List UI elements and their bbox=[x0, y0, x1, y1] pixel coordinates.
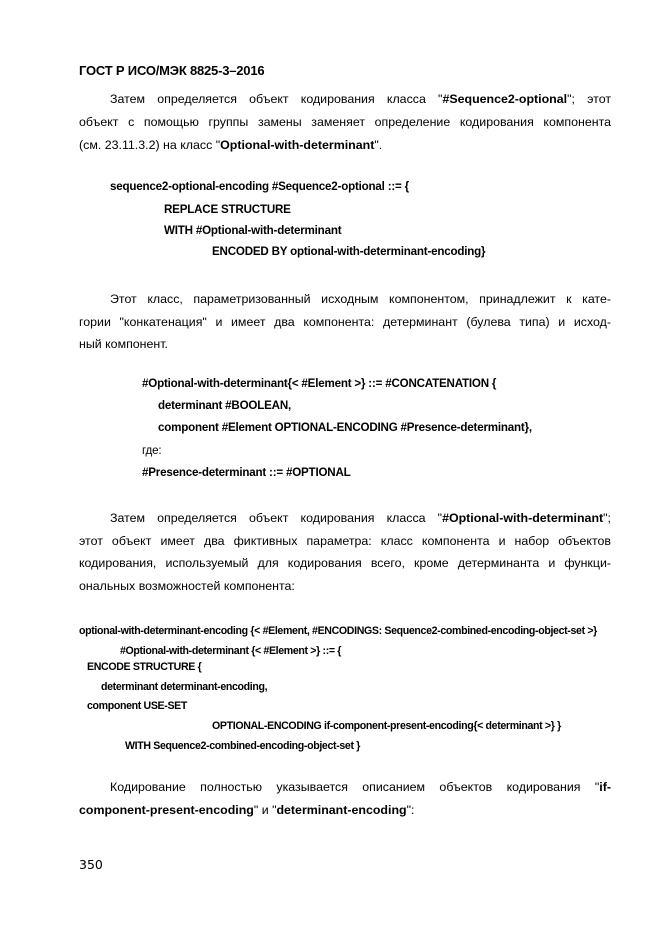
code-line: ENCODED BY optional-with-determinant-enc… bbox=[212, 245, 485, 258]
code-line: WITH Sequence2-combined-encoding-object-… bbox=[125, 740, 360, 752]
document-header: ГОСТ Р ИСО/МЭК 8825-3–2016 bbox=[79, 63, 264, 78]
code-line: #Optional-with-determinant{< #Element >}… bbox=[142, 377, 496, 390]
text-line: этот объект имеет два фиктивных параметр… bbox=[79, 530, 611, 552]
text-line: component-present-encoding" и "determina… bbox=[79, 799, 611, 821]
text-line: Затем определяется объект кодирования кл… bbox=[110, 507, 611, 529]
text-line: Затем определяется объект кодирования кл… bbox=[110, 88, 611, 110]
text-line: объект с помощью группы замены заменяет … bbox=[79, 111, 611, 133]
code-line: REPLACE STRUCTURE bbox=[164, 203, 291, 216]
text-line: Кодирование полностью указывается описан… bbox=[110, 776, 611, 798]
code-line: #Optional-with-determinant {< #Element >… bbox=[120, 645, 341, 657]
code-line: optional-with-determinant-encoding {< #E… bbox=[79, 625, 597, 637]
code-line: OPTIONAL-ENCODING if-component-present-e… bbox=[212, 720, 561, 732]
code-line: determinant #BOOLEAN, bbox=[158, 399, 291, 412]
text-line: (см. 23.11.3.2) на класс "Optional-with-… bbox=[79, 134, 611, 156]
text-line: кодирования, используемый для кодировани… bbox=[79, 552, 611, 574]
text-line: ный компонент. bbox=[79, 333, 611, 355]
code-line: WITH #Optional-with-determinant bbox=[164, 224, 341, 237]
text-line: Этот класс, параметризованный исходным к… bbox=[110, 288, 611, 310]
code-line: #Presence-determinant ::= #OPTIONAL bbox=[142, 466, 351, 479]
text-line: гории "конкатенация" и имеет два компоне… bbox=[79, 311, 611, 333]
code-line: ENCODE STRUCTURE { bbox=[87, 661, 201, 673]
code-line: где: bbox=[142, 444, 161, 457]
code-line: sequence2-optional-encoding #Sequence2-o… bbox=[110, 180, 409, 193]
text-line: ональных возможностей компонента: bbox=[79, 575, 611, 597]
page-number: 350 bbox=[79, 857, 103, 872]
code-line: determinant determinant-encoding, bbox=[101, 681, 267, 693]
code-line: component #Element OPTIONAL-ENCODING #Pr… bbox=[158, 421, 532, 434]
code-line: component USE-SET bbox=[87, 700, 187, 712]
